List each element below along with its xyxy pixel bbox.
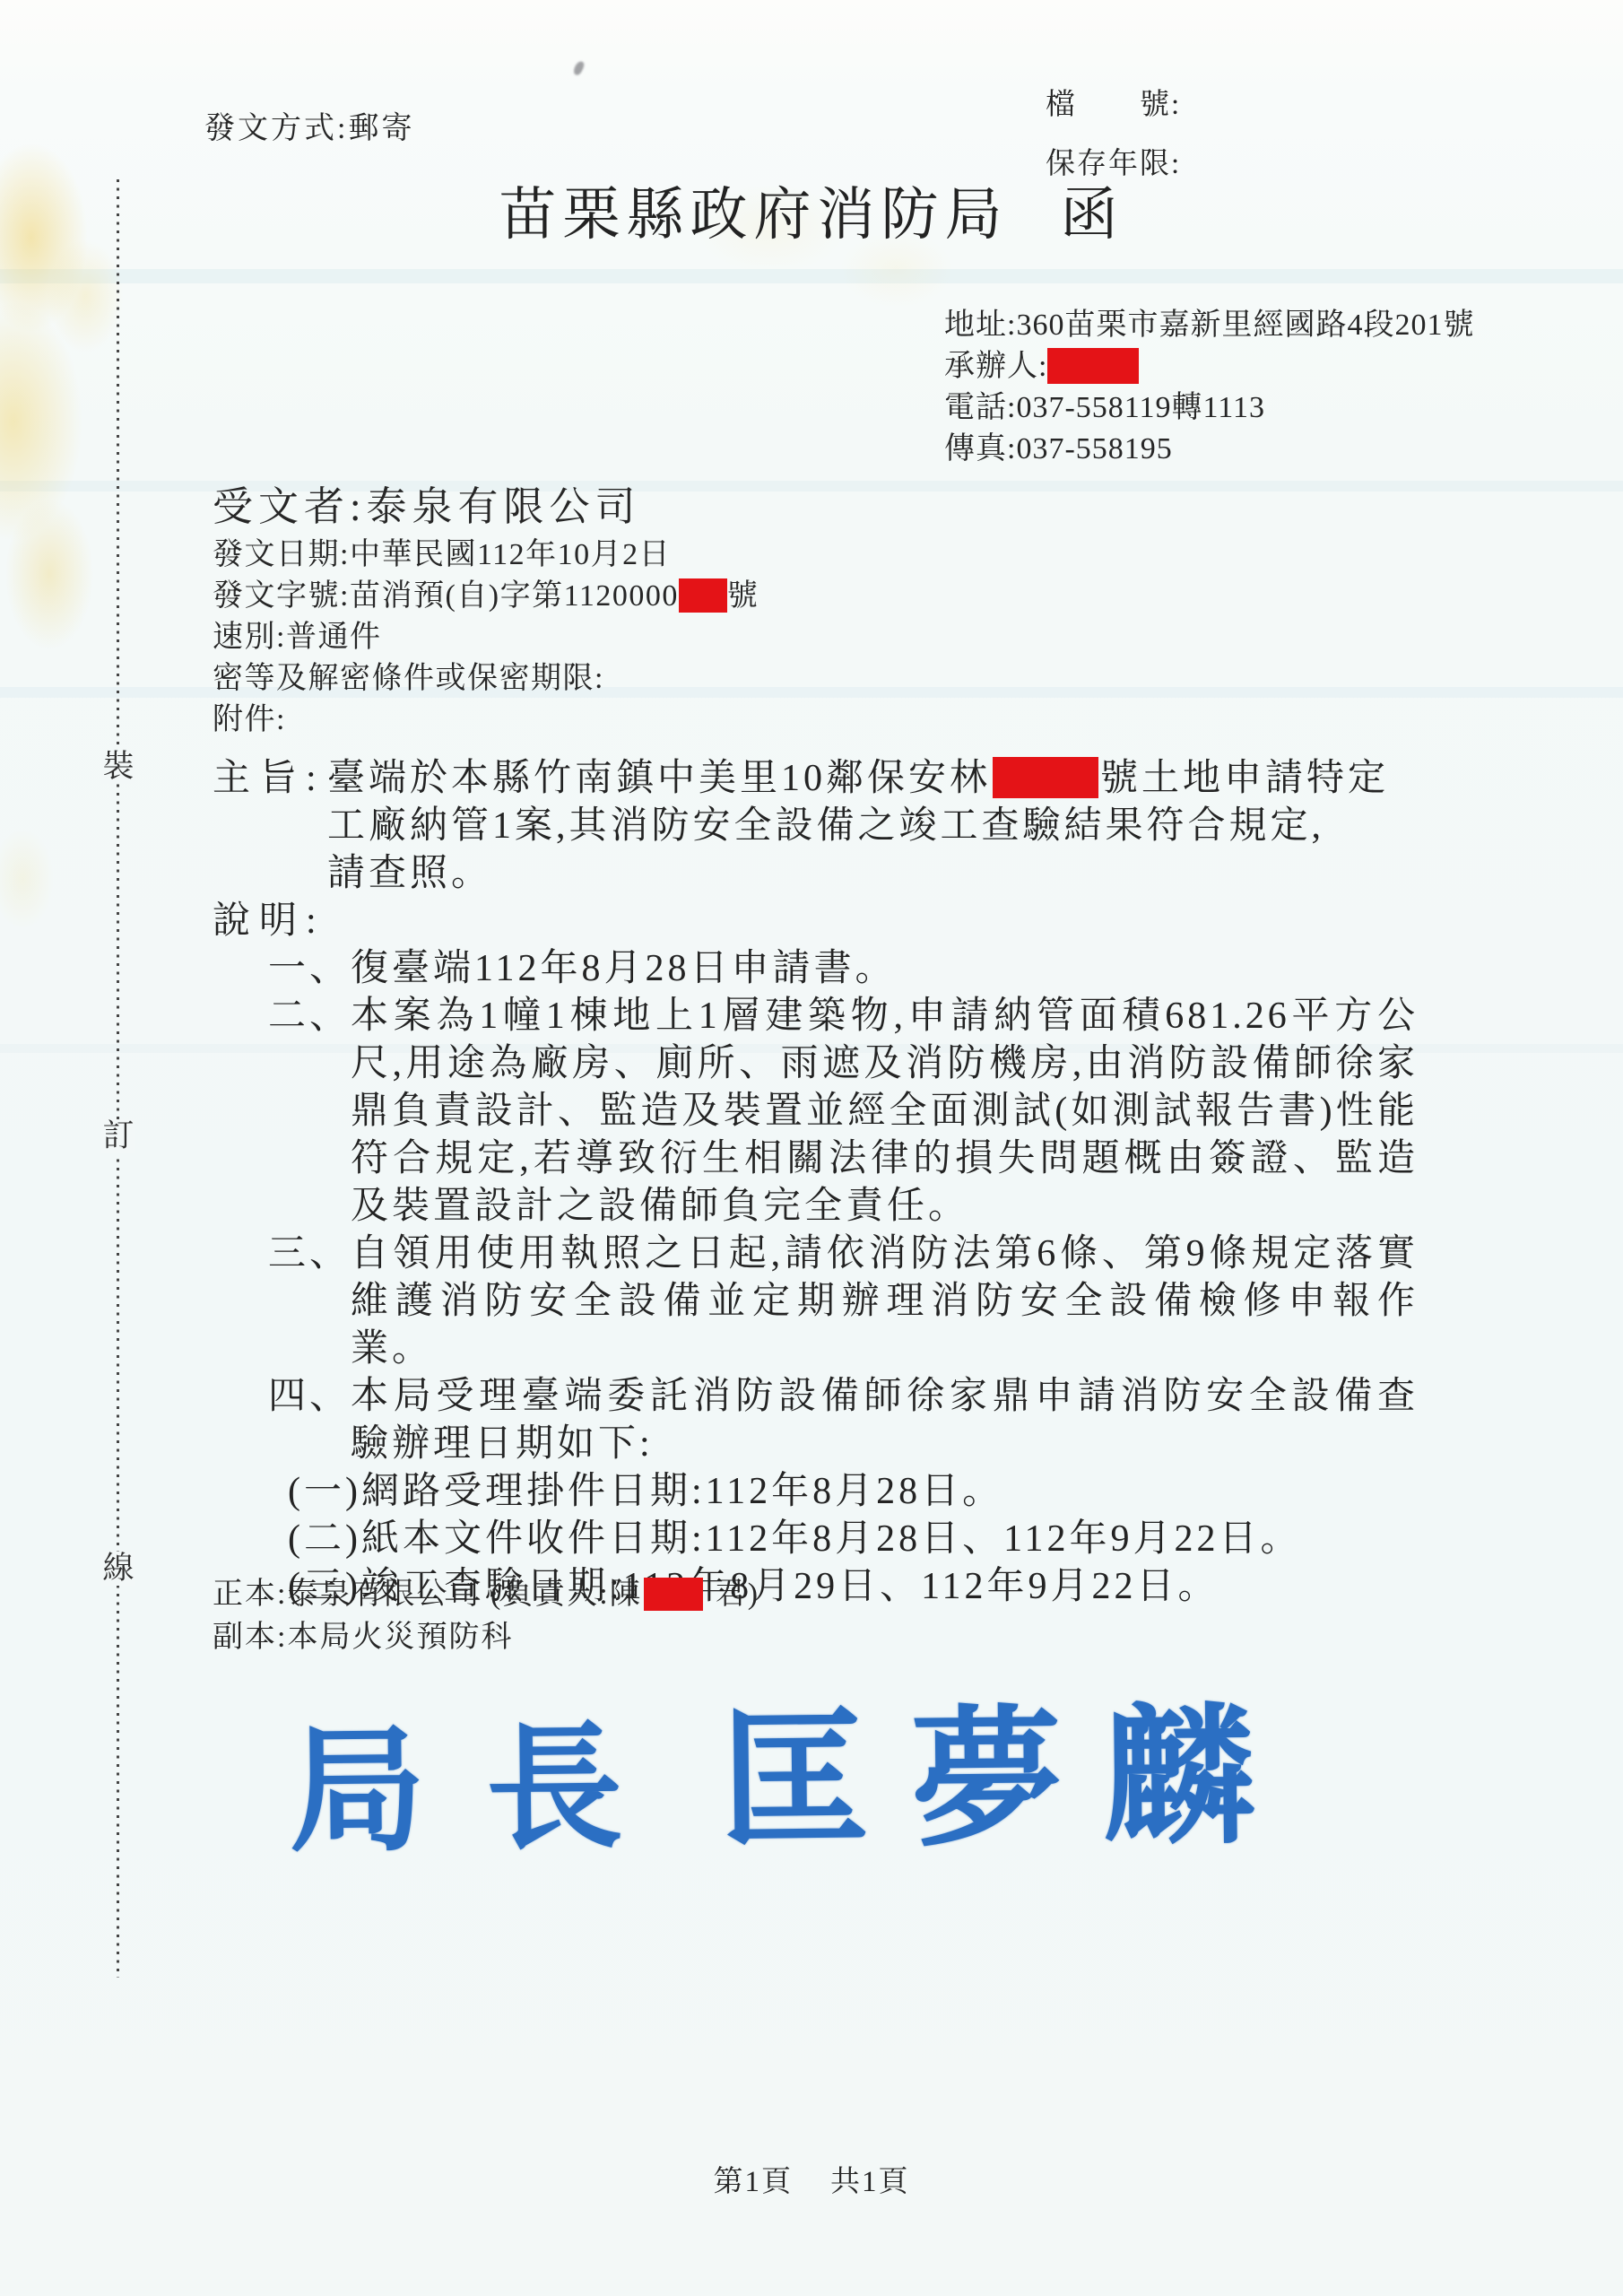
redaction-box bbox=[644, 1578, 703, 1611]
item-marker: 一、 bbox=[268, 945, 351, 993]
phone-line: 電話:037-558119轉1113 bbox=[944, 387, 1474, 429]
footer-page-total: 共1頁 bbox=[830, 2166, 910, 2198]
subject-section: 主旨: 臺端於本縣竹南鎮中美里10鄰保安林號土地申請特定 工廠納管1案,其消防安… bbox=[213, 755, 1419, 898]
contact-block: 地址:360苗栗市嘉新里經國路4段201號 承辦人: 電話:037-558119… bbox=[944, 305, 1474, 470]
document-title: 苗栗縣政府消防局函 bbox=[0, 169, 1623, 251]
item-marker: 三、 bbox=[268, 1231, 351, 1373]
undertaker-label: 承辦人: bbox=[944, 350, 1047, 383]
cc-line: 副本:本局火災預防科 bbox=[213, 1616, 759, 1659]
redaction-box bbox=[679, 578, 727, 613]
attachment-line: 附件: bbox=[213, 700, 759, 741]
letter-meta-block: 發文日期:中華民國112年10月2日 發文字號:苗消預(自)字第1120000號… bbox=[213, 535, 759, 741]
file-number-label: 檔 號: bbox=[1046, 75, 1181, 135]
item-text: 自領用使用執照之日起,請依消防法第6條、第9條規定落實維護消防安全設備並定期辦理… bbox=[351, 1231, 1419, 1373]
ref-number-suffix: 號 bbox=[727, 579, 759, 613]
original-copy-suffix: 君) bbox=[716, 1578, 759, 1611]
fax-line: 傳真:037-558195 bbox=[944, 429, 1474, 470]
send-method-label: 發文方式:郵寄 bbox=[204, 103, 414, 147]
item-marker: 四、 bbox=[268, 1373, 351, 1468]
description-item: 三、 自領用使用執照之日起,請依消防法第6條、第9條規定落實維護消防安全設備並定… bbox=[213, 1231, 1419, 1373]
original-copy-text: 正本:泰泉有限公司 (負責人:陳 bbox=[213, 1578, 642, 1611]
undertaker-line: 承辦人: bbox=[944, 346, 1474, 387]
binding-mark-xian: 線 bbox=[101, 1552, 135, 1586]
redaction-box bbox=[993, 757, 1098, 798]
scan-band bbox=[0, 269, 1623, 283]
director-signature: 局長匡夢麟 bbox=[288, 1656, 1296, 1883]
item-text: 本案為1幢1棟地上1層建築物,申請納管面積681.26平方公尺,用途為廠房、廁所… bbox=[351, 993, 1419, 1231]
signature-role: 局長 bbox=[288, 1713, 684, 1868]
subject-line: 工廠納管1案,其消防安全設備之竣工查驗結果符合規定, bbox=[327, 803, 1419, 850]
description-item: 一、 復臺端112年8月28日申請書。 bbox=[213, 945, 1419, 993]
subject-line-text: 臺端於本縣竹南鎮中美里10鄰保安林 bbox=[327, 758, 991, 799]
subject-line-text: 號土地申請特定 bbox=[1100, 758, 1389, 799]
description-subitem: (一)網路受理掛件日期:112年8月28日。 bbox=[288, 1468, 1419, 1516]
ink-speck bbox=[572, 60, 586, 76]
document-type: 函 bbox=[1061, 183, 1124, 247]
binding-mark-zhuang: 裝 bbox=[101, 750, 135, 784]
description-subitem: (二)紙本文件收件日期:112年8月28日、112年9月22日。 bbox=[288, 1516, 1419, 1563]
copies-block: 正本:泰泉有限公司 (負責人:陳君) 副本:本局火災預防科 bbox=[213, 1573, 759, 1659]
original-copy-line: 正本:泰泉有限公司 (負責人:陳君) bbox=[213, 1573, 759, 1616]
description-label: 說明: bbox=[213, 898, 1419, 945]
item-text: 復臺端112年8月28日申請書。 bbox=[351, 945, 1419, 993]
speed-line: 速別:普通件 bbox=[213, 617, 759, 658]
ref-number-line: 發文字號:苗消預(自)字第1120000號 bbox=[213, 576, 759, 617]
footer-page-number: 第1頁 bbox=[714, 2166, 794, 2198]
description-item: 四、 本局受理臺端委託消防設備師徐家鼎申請消防安全設備查驗辦理日期如下: bbox=[213, 1373, 1419, 1468]
letter-body: 主旨: 臺端於本縣竹南鎮中美里10鄰保安林號土地申請特定 工廠納管1案,其消防安… bbox=[213, 755, 1419, 1611]
subject-line: 臺端於本縣竹南鎮中美里10鄰保安林號土地申請特定 bbox=[327, 755, 1419, 803]
official-letter-page: 裝 訂 線 發文方式:郵寄 檔 號: 保存年限: 苗栗縣政府消防局函 地址:36… bbox=[0, 0, 1623, 2296]
issuing-agency: 苗栗縣政府消防局 bbox=[499, 183, 1009, 247]
binding-mark-ding: 訂 bbox=[101, 1119, 135, 1153]
page-footer: 第1頁共1頁 bbox=[0, 2158, 1623, 2200]
ref-number-prefix: 發文字號:苗消預(自)字第1120000 bbox=[213, 579, 679, 613]
item-text: 本局受理臺端委託消防設備師徐家鼎申請消防安全設備查驗辦理日期如下: bbox=[351, 1373, 1419, 1468]
address-line: 地址:360苗栗市嘉新里經國路4段201號 bbox=[944, 305, 1474, 346]
subject-label: 主旨: bbox=[213, 755, 327, 898]
issue-date-line: 發文日期:中華民國112年10月2日 bbox=[213, 535, 759, 576]
redaction-box bbox=[1047, 348, 1139, 384]
item-marker: 二、 bbox=[268, 993, 351, 1231]
subject-line: 請查照。 bbox=[327, 850, 1419, 898]
binding-dotted-line bbox=[117, 179, 119, 1978]
signature-name: 匡夢麟 bbox=[718, 1694, 1296, 1867]
description-item: 二、 本案為1幢1棟地上1層建築物,申請納管面積681.26平方公尺,用途為廠房… bbox=[213, 993, 1419, 1231]
security-line: 密等及解密條件或保密期限: bbox=[213, 658, 759, 700]
subject-content: 臺端於本縣竹南鎮中美里10鄰保安林號土地申請特定 工廠納管1案,其消防安全設備之… bbox=[327, 755, 1419, 898]
recipient-line: 受文者:泰泉有限公司 bbox=[213, 474, 641, 532]
